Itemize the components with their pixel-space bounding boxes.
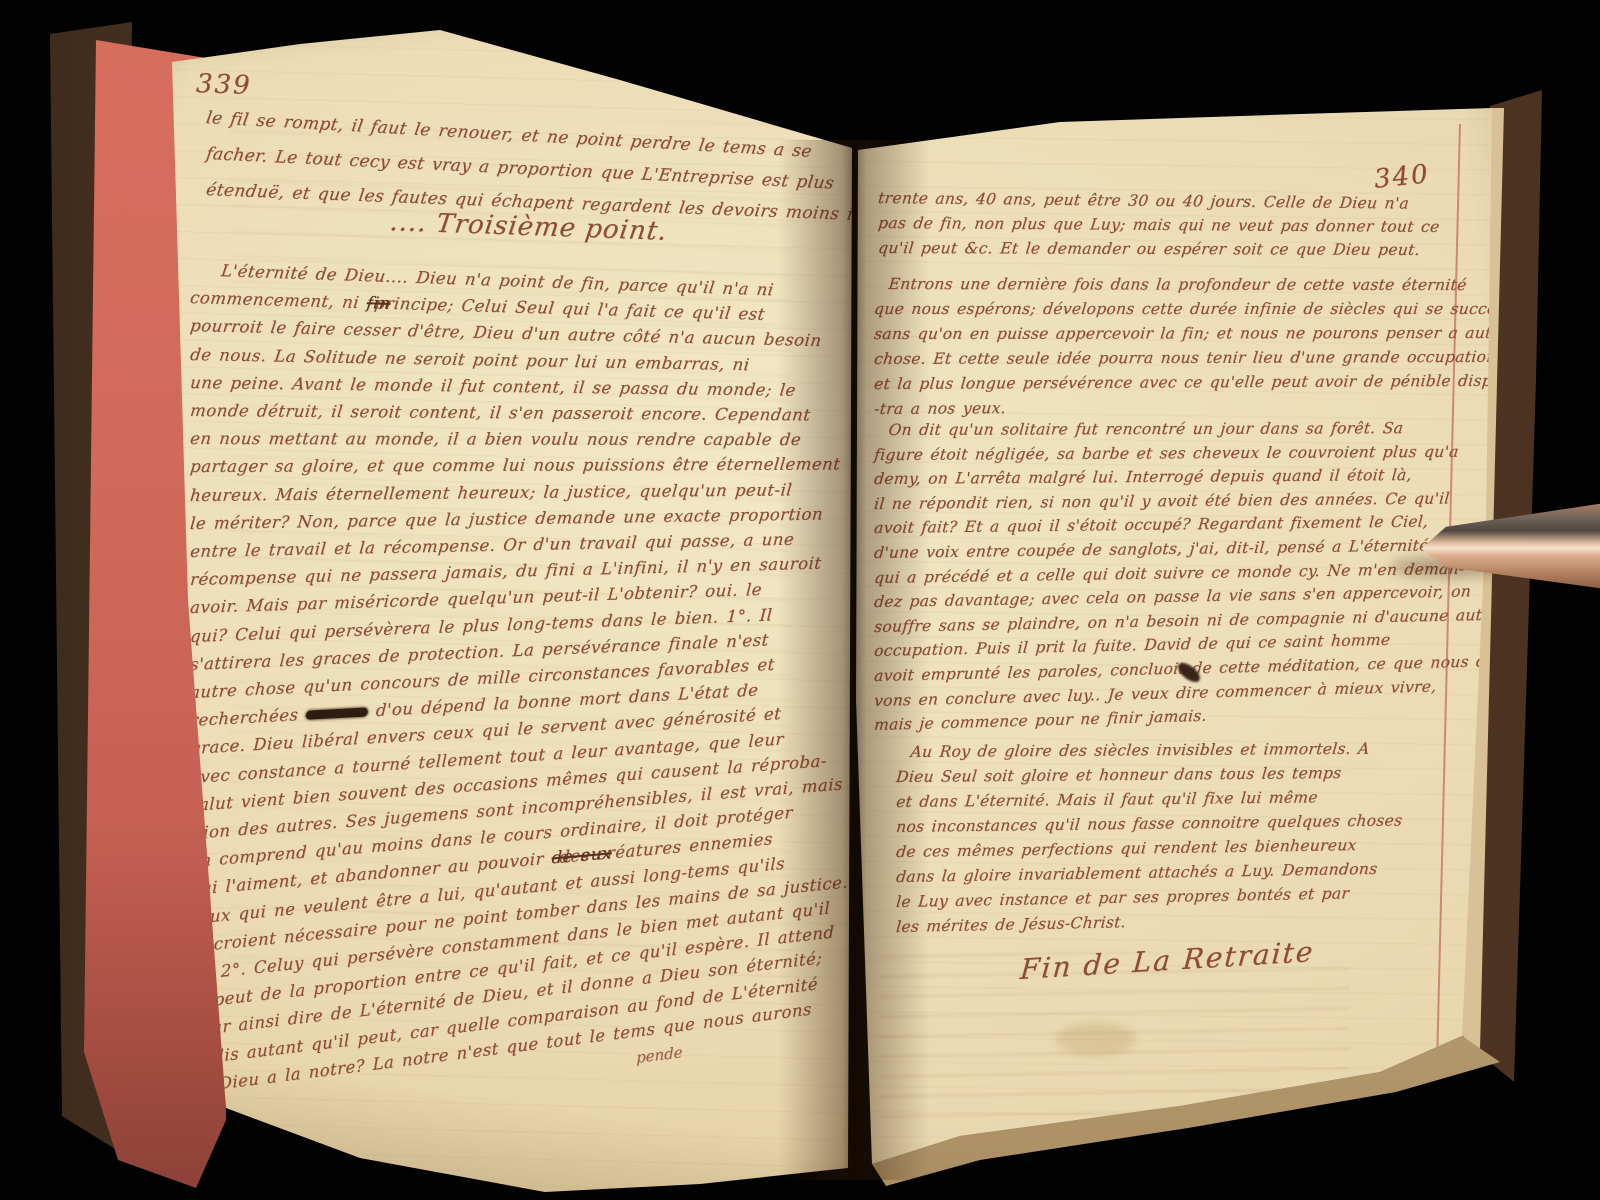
page-number-left: 339 bbox=[195, 69, 252, 101]
bleedthrough-texture-left bbox=[230, 120, 790, 980]
manuscript-book-photo: 339 le fil se rompt, il faut le renouer,… bbox=[0, 0, 1600, 1200]
right-page-paragraph-2: Entrons une dernière fois dans la profon… bbox=[874, 272, 1459, 422]
right-page-paragraph-1: trente ans, 40 ans, peut être 30 ou 40 j… bbox=[878, 186, 1463, 261]
right-page-paragraph-4: Au Roy de gloire des siècles invisibles … bbox=[896, 740, 1481, 940]
ink-dot bbox=[346, 1162, 353, 1169]
paper-stain bbox=[1056, 1022, 1136, 1056]
right-page-paragraph-3: On dit qu'un solitaire fut rencontré un … bbox=[874, 418, 1459, 738]
